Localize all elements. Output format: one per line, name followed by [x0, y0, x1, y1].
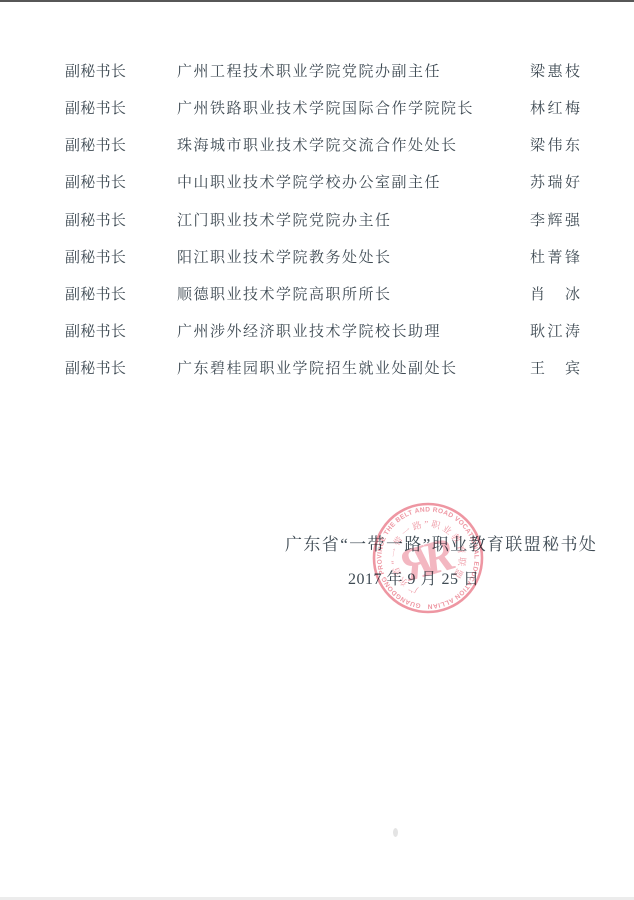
institution-title: 广州铁路职业技术学院国际合作学院院长	[177, 91, 474, 128]
roster-row: 副秘书长 广东碧桂园职业学院招生就业处副处长 王 宾	[0, 351, 634, 388]
institution-title: 广州涉外经济职业技术学院校长助理	[177, 314, 441, 351]
role-label: 副秘书长	[65, 128, 126, 165]
roster-row: 副秘书长 阳江职业技术学院教务处处长 杜菁锋	[0, 240, 634, 277]
person-name: 李辉强	[530, 203, 580, 240]
role-label: 副秘书长	[65, 240, 126, 277]
scan-dust-speck	[393, 828, 398, 837]
roster-row: 副秘书长 中山职业技术学院学校办公室副主任 苏瑞好	[0, 165, 634, 202]
person-name: 林红梅	[530, 91, 580, 128]
institution-title: 珠海城市职业技术学院交流合作处处长	[177, 128, 458, 165]
officer-roster: 副秘书长 广州工程技术职业学院党院办副主任 梁惠枝 副秘书长 广州铁路职业技术学…	[0, 54, 634, 388]
person-name: 梁惠枝	[530, 54, 580, 91]
role-label: 副秘书长	[65, 351, 126, 388]
institution-title: 广东碧桂园职业学院招生就业处副处长	[177, 351, 458, 388]
institution-title: 阳江职业技术学院教务处处长	[177, 240, 392, 277]
roster-row: 副秘书长 珠海城市职业技术学院交流合作处处长 梁伟东	[0, 128, 634, 165]
role-label: 副秘书长	[65, 277, 126, 314]
institution-title: 中山职业技术学院学校办公室副主任	[177, 165, 441, 202]
person-name: 杜菁锋	[530, 240, 580, 277]
role-label: 副秘书长	[65, 165, 126, 202]
roster-row: 副秘书长 广州涉外经济职业技术学院校长助理 耿江涛	[0, 314, 634, 351]
roster-row: 副秘书长 江门职业技术学院党院办主任 李辉强	[0, 203, 634, 240]
role-label: 副秘书长	[65, 54, 126, 91]
scan-top-edge-line	[0, 0, 634, 2]
role-label: 副秘书长	[65, 203, 126, 240]
scanned-document-page: 副秘书长 广州工程技术职业学院党院办副主任 梁惠枝 副秘书长 广州铁路职业技术学…	[0, 0, 634, 900]
roster-row: 副秘书长 广州铁路职业技术学院国际合作学院院长 林红梅	[0, 91, 634, 128]
role-label: 副秘书长	[65, 91, 126, 128]
person-name: 梁伟东	[530, 128, 580, 165]
person-name: 苏瑞好	[530, 165, 580, 202]
roster-row: 副秘书长 广州工程技术职业学院党院办副主任 梁惠枝	[0, 54, 634, 91]
role-label: 副秘书长	[65, 314, 126, 351]
roster-row: 副秘书长 顺德职业技术学院高职所所长 肖 冰	[0, 277, 634, 314]
person-name: 肖 冰	[530, 277, 580, 314]
institution-title: 江门职业技术学院党院办主任	[177, 203, 392, 240]
institution-title: 广州工程技术职业学院党院办副主任	[177, 54, 441, 91]
person-name: 耿江涛	[530, 314, 580, 351]
institution-title: 顺德职业技术学院高职所所长	[177, 277, 392, 314]
red-official-seal: GUANGDONG PROVINCE THE BELT AND ROAD VOC…	[358, 488, 498, 628]
person-name: 王 宾	[530, 351, 580, 388]
